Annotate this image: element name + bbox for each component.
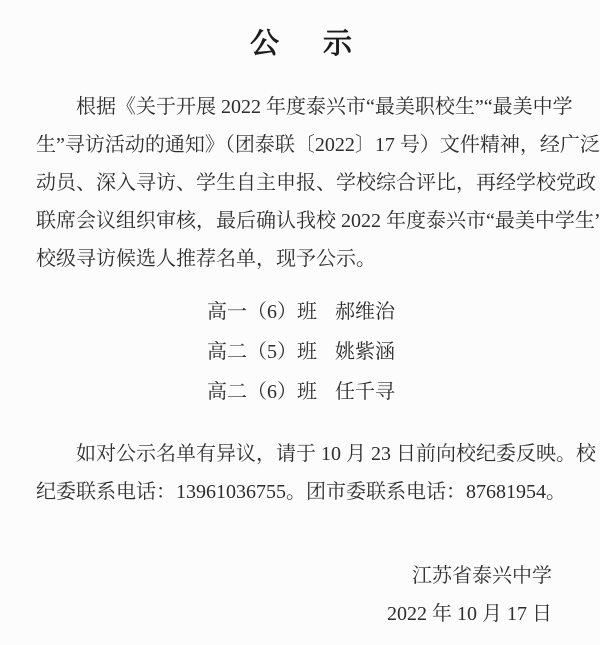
intro-paragraph-line-1: 根据《关于开展 2022 年度泰兴市“最美职校生”“最美中学 bbox=[36, 88, 566, 126]
candidate-name: 姚紫涵 bbox=[335, 332, 395, 372]
notice-title-text: 公示 bbox=[250, 28, 396, 60]
candidate-name: 任千寻 bbox=[335, 372, 395, 412]
candidate-class: 高二（5）班 bbox=[207, 332, 317, 372]
candidate-class: 高二（6）班 bbox=[207, 372, 317, 412]
candidate-class: 高一（6）班 bbox=[207, 292, 317, 332]
signature-block: 江苏省泰兴中学 2022 年 10 月 17 日 bbox=[36, 557, 566, 633]
notice-title: 公示 bbox=[36, 26, 566, 62]
public-notice-document: 公示 根据《关于开展 2022 年度泰兴市“最美职校生”“最美中学 生”寻访活动… bbox=[0, 0, 600, 645]
intro-paragraph-line-4: 联席会议组织审核，最后确认我校 2022 年度泰兴市“最美中学生” bbox=[36, 202, 566, 240]
intro-paragraph-line-2: 生”寻访活动的通知》（团泰联〔2022〕17 号）文件精神，经广泛 bbox=[36, 126, 566, 164]
contact-paragraph-line-2: 纪委联系电话：13961036755。团市委联系电话：87681954。 bbox=[36, 473, 566, 511]
candidate-row: 高二（5）班 姚紫涵 bbox=[36, 332, 566, 372]
intro-paragraph-line-3: 动员、深入寻访、学生自主申报、学校综合评比，再经学校党政 bbox=[36, 164, 566, 202]
contact-paragraph-line-1: 如对公示名单有异议，请于 10 月 23 日前向校纪委反映。校 bbox=[36, 435, 566, 473]
signature-org: 江苏省泰兴中学 bbox=[36, 557, 552, 595]
candidate-name: 郝维治 bbox=[335, 292, 395, 332]
candidate-row: 高二（6）班 任千寻 bbox=[36, 372, 566, 412]
intro-paragraph-line-5: 校级寻访候选人推荐名单，现予公示。 bbox=[36, 240, 566, 278]
candidate-row: 高一（6）班 郝维治 bbox=[36, 292, 566, 332]
intro-paragraph: 根据《关于开展 2022 年度泰兴市“最美职校生”“最美中学 生”寻访活动的通知… bbox=[36, 88, 566, 278]
candidate-list: 高一（6）班 郝维治 高二（5）班 姚紫涵 高二（6）班 任千寻 bbox=[36, 292, 566, 412]
signature-date: 2022 年 10 月 17 日 bbox=[36, 595, 552, 633]
contact-paragraph: 如对公示名单有异议，请于 10 月 23 日前向校纪委反映。校 纪委联系电话：1… bbox=[36, 435, 566, 511]
